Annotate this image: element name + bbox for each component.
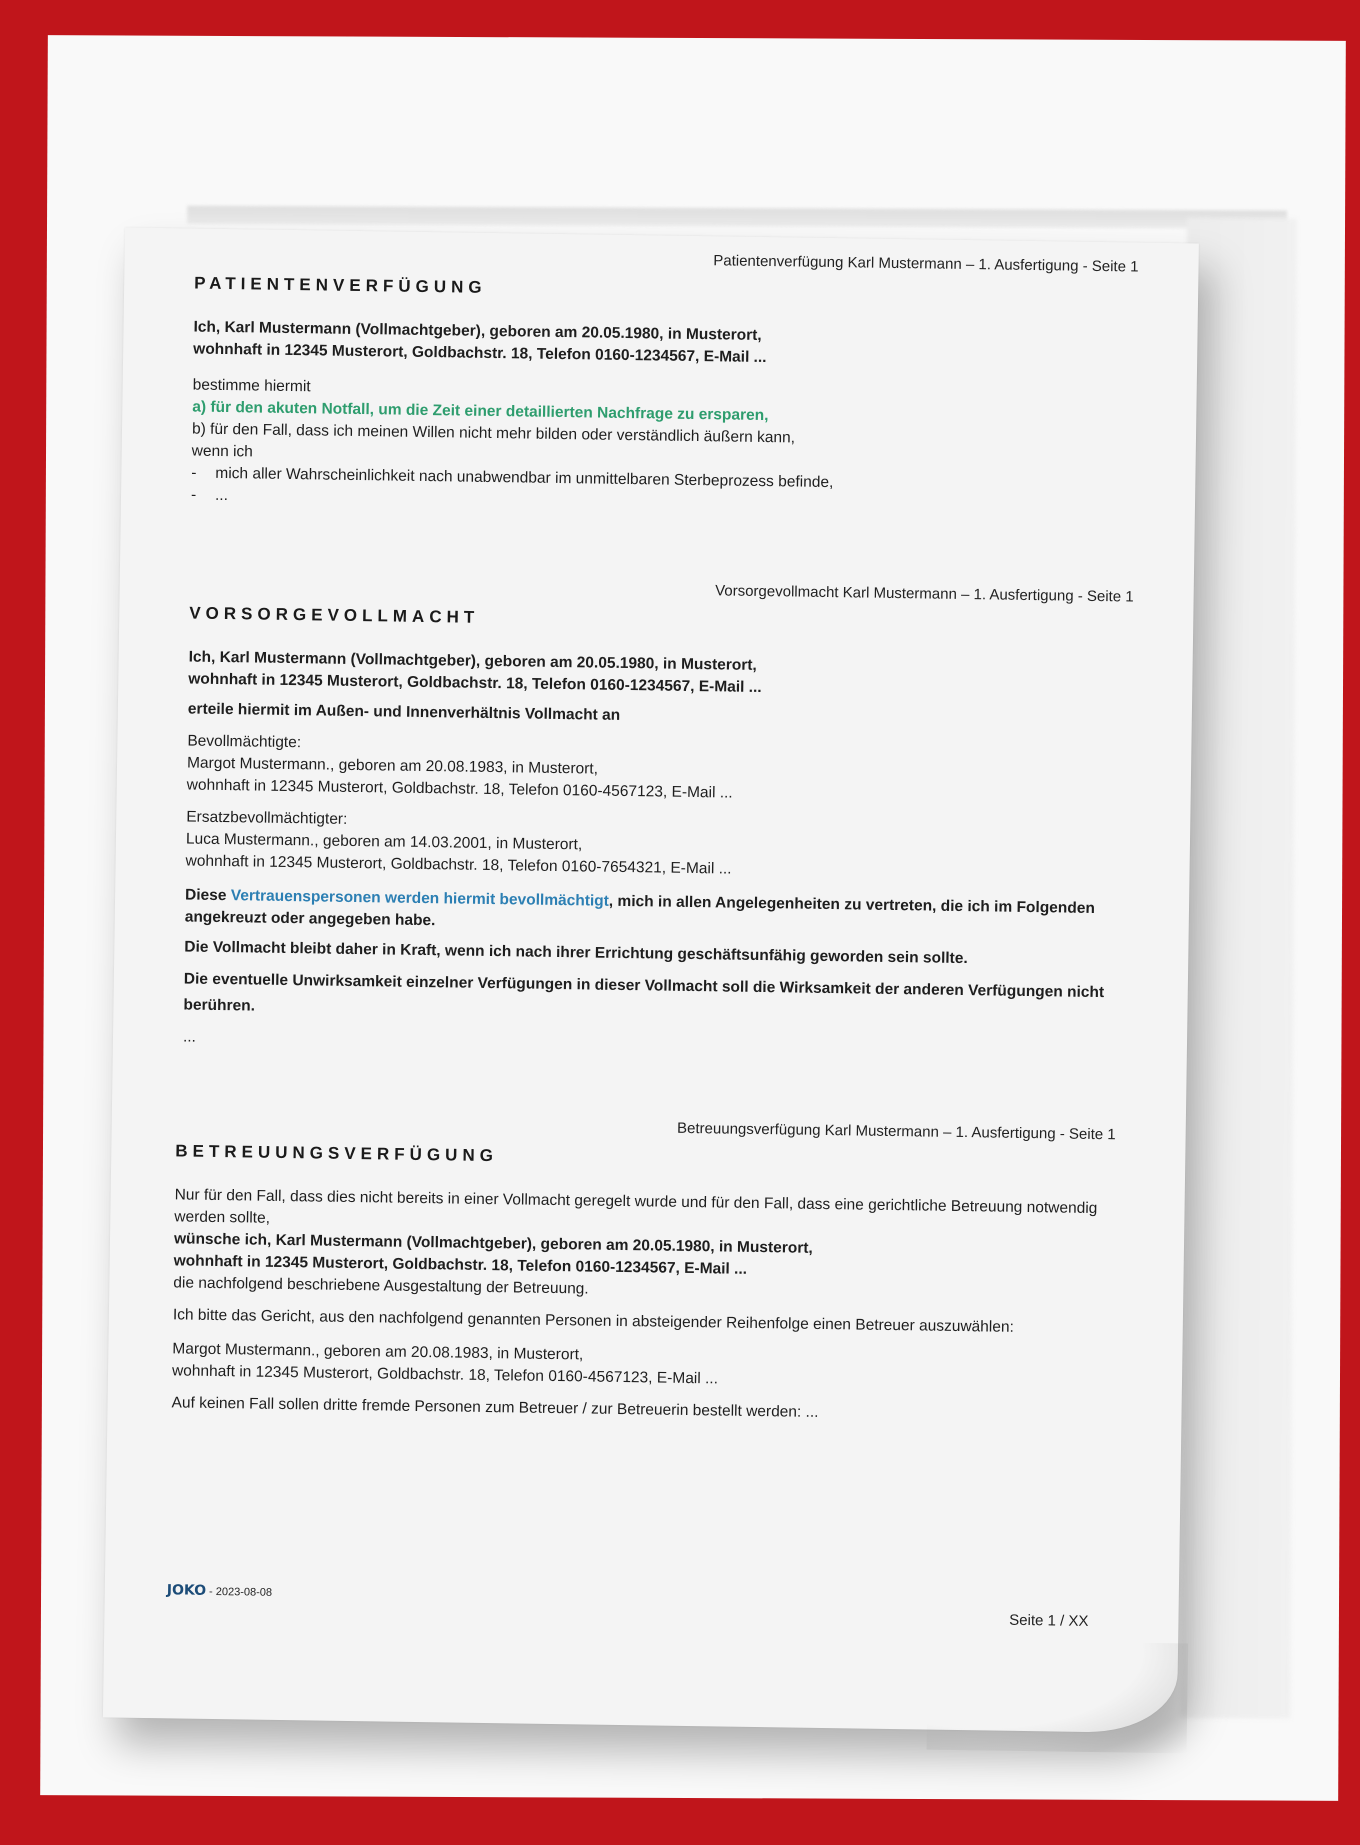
trust-prefix: Diese — [185, 886, 231, 904]
back-page-edge — [187, 206, 1287, 229]
footer-brand: JOKO - 2023-08-08 — [167, 1582, 273, 1600]
back-page-shadow — [1181, 218, 1298, 1718]
footer-date: - 2023-08-08 — [206, 1586, 272, 1599]
ellipsis: ... — [183, 1026, 1127, 1062]
grant-text: erteile hiermit im Außen- und Innenverhä… — [188, 699, 1132, 735]
section-patientenverfuegung: Patientenverfügung Karl Mustermann – 1. … — [191, 243, 1139, 521]
severability-paragraph: Die eventuelle Unwirksamkeit einzelner V… — [183, 966, 1128, 1032]
trust-highlight: Vertrauenspersonen werden hiermit bevoll… — [231, 887, 609, 910]
running-header: Patientenverfügung Karl Mustermann – 1. … — [194, 243, 1138, 279]
page-number: Seite 1 / XX — [1009, 1612, 1088, 1630]
trust-paragraph: Diese Vertrauenspersonen werden hiermit … — [185, 884, 1130, 942]
request-paragraph: Ich bitte das Gericht, aus den nachfolge… — [173, 1304, 1113, 1340]
outer-paper-sheet: Patientenverfügung Karl Mustermann – 1. … — [40, 35, 1346, 1801]
dash-bullet-icon: - — [191, 485, 215, 507]
dash-bullet-icon: - — [191, 463, 215, 485]
bullet-text: ... — [215, 485, 228, 507]
section-title: PATIENTENVERFÜGUNG — [194, 273, 1138, 309]
section-vorsorgevollmacht: Vorsorgevollmacht Karl Mustermann – 1. A… — [183, 573, 1134, 1063]
section-betreuungsverfuegung: Betreuungsverfügung Karl Mustermann – 1.… — [171, 1110, 1115, 1428]
brand-logo: JOKO — [167, 1582, 206, 1599]
running-header: Vorsorgevollmacht Karl Mustermann – 1. A… — [190, 573, 1134, 609]
section-title: VORSORGEVOLLMACHT — [189, 603, 1133, 639]
validity-paragraph: Die Vollmacht bleibt daher in Kraft, wen… — [184, 936, 1128, 972]
running-header: Betreuungsverfügung Karl Mustermann – 1.… — [176, 1110, 1116, 1146]
document-page: Patientenverfügung Karl Mustermann – 1. … — [103, 228, 1199, 1734]
section-title: BETREUUNGSVERFÜGUNG — [175, 1140, 1115, 1176]
exclusion-text: Auf keinen Fall sollen dritte fremde Per… — [171, 1392, 1111, 1428]
